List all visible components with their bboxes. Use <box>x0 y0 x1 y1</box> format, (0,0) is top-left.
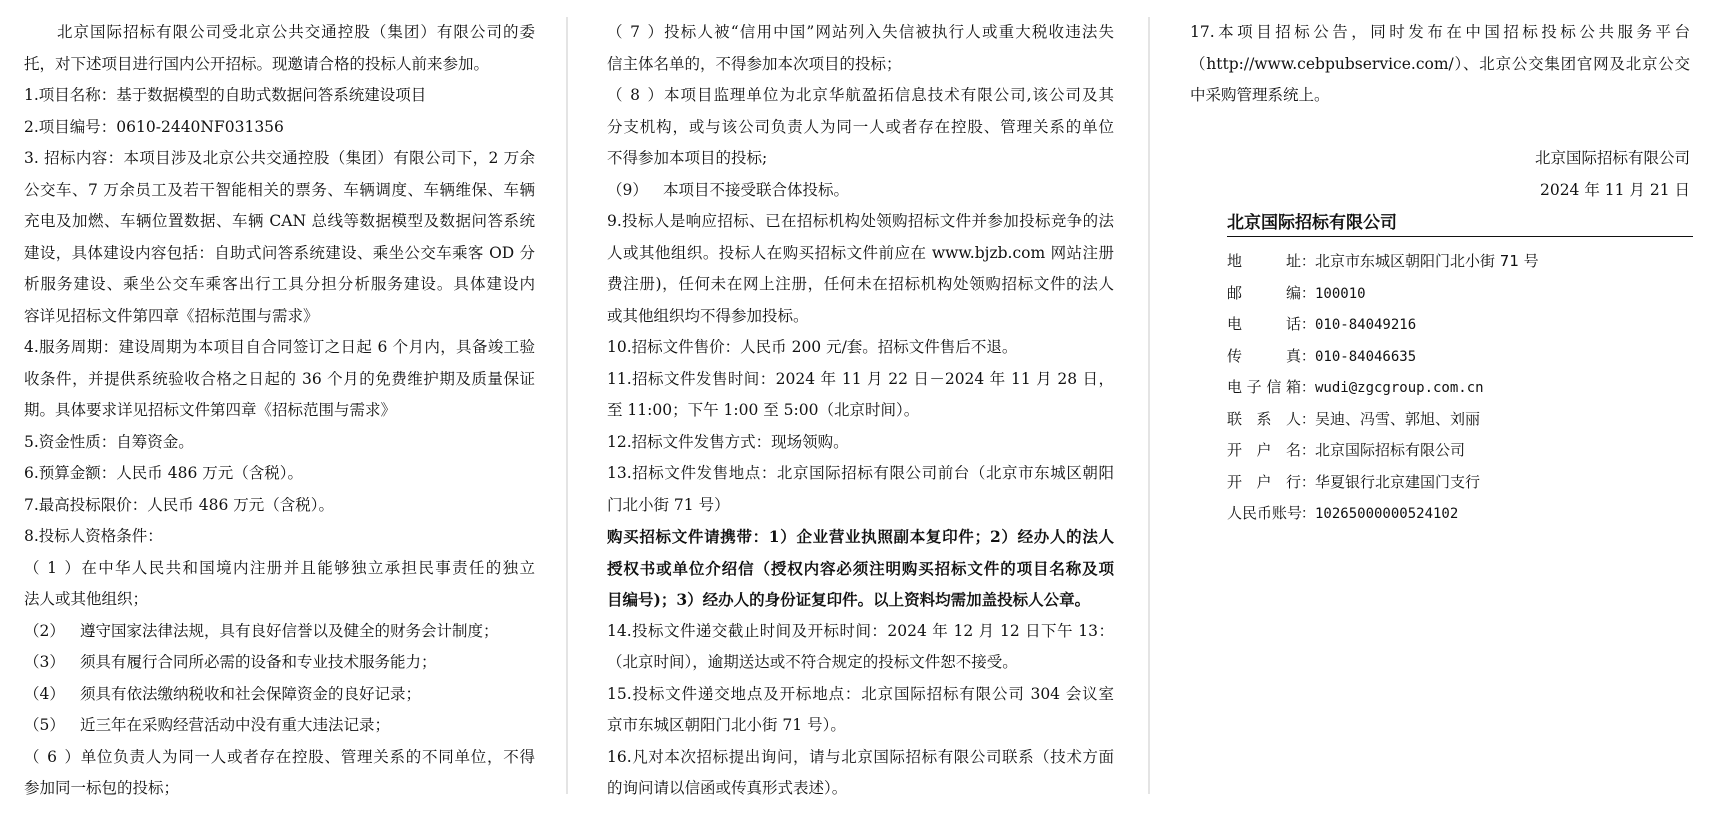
intro-line: 托，对下述项目进行国内公开招标。现邀请合格的投标人前来参加。 <box>24 49 535 81</box>
item-tender-content: 析服务建设、乘坐公交车乘客出行工具分担分析服务建设。具体建设内 <box>24 269 535 301</box>
item-service-period: 4.服务周期：建设周期为本项目自合同签订之日起 6 个月内，具备竣工验 <box>24 332 535 364</box>
contact-account-name: 开户名：北京国际招标有限公司 <box>1227 435 1687 467</box>
bring-notice: 目编号)；3）经办人的身份证复印件。以上资料均需加盖投标人公章。 <box>607 584 1114 616</box>
qualification-1-cont: 法人或其他组织； <box>24 584 535 616</box>
item-publication: 中采购管理系统上。 <box>1190 80 1690 112</box>
signature-date: 2024 年 11 月 21 日 <box>1190 175 1690 207</box>
bring-notice: 授权书或单位介绍信（授权内容必须注明购买招标文件的项目名称及项 <box>607 553 1114 585</box>
item-sale-time: 11.招标文件发售时间：2024 年 11 月 22 日－2024 年 11 月… <box>607 364 1114 396</box>
item-bidder-definition: 9.投标人是响应招标、已在招标机构处领购招标文件并参加投标竞争的法 <box>607 206 1114 238</box>
item-bidder-definition: 费注册)，任何未在网上注册，任何未在招标机构处领购招标文件的法人 <box>607 269 1114 301</box>
item-submission-deadline: （北京时间），逾期送达或不符合规定的投标文件恕不接受。 <box>607 647 1114 679</box>
qualification-8: （8）本项目监理单位为北京华航盈拓信息技术有限公司,该公司及其 <box>607 80 1114 112</box>
contact-fax: 传真：010-84046635 <box>1227 341 1687 373</box>
contact-bank: 开户行：华夏银行北京建国门支行 <box>1227 467 1687 499</box>
item-publication: 17.本项目招标公告，同时发布在中国招标投标公共服务平台 <box>1190 17 1690 49</box>
item-sale-location: 门北小街 71 号） <box>607 490 1114 522</box>
qualification-4: （4）须具有依法缴纳税收和社会保障资金的良好记录； <box>24 679 535 711</box>
qualification-8-cont: 分支机构，或与该公司负责人为同一人或者存在控股、管理关系的单位 <box>607 112 1114 144</box>
item-inquiry: 的询问请以信函或传真形式表述）。 <box>607 773 1114 805</box>
qualification-7: （7）投标人被“信用中国”网站列入失信被执行人或重大税收违法失 <box>607 17 1114 49</box>
signature-company: 北京国际招标有限公司 <box>1190 143 1690 175</box>
item-sale-location: 13.招标文件发售地点：北京国际招标有限公司前台（北京市东城区朝阳 <box>607 458 1114 490</box>
item-qualifications-heading: 8.投标人资格条件： <box>24 521 535 553</box>
contact-phone: 电话：010-84049216 <box>1227 309 1687 341</box>
item-inquiry: 16.凡对本次招标提出询问，请与北京国际招标有限公司联系（技术方面 <box>607 742 1114 774</box>
qualification-9: （9）本项目不接受联合体投标。 <box>607 175 1114 207</box>
spacer <box>1190 112 1690 144</box>
item-project-name: 1.项目名称：基于数据模型的自助式数据问答系统建设项目 <box>24 80 535 112</box>
item-service-period: 收条件，并提供系统验收合格之日起的 36 个月的免费维护期及质量保证 <box>24 364 535 396</box>
item-max-price: 7.最高投标限价：人民币 486 万元（含税）。 <box>24 490 535 522</box>
item-bidder-definition: 人或其他组织。投标人在购买招标文件前应在 www.bjzb.com 网站注册(免 <box>607 238 1114 270</box>
item-fund-nature: 5.资金性质：自筹资金。 <box>24 427 535 459</box>
item-tender-content: 公交车、7 万余员工及若干智能相关的票务、车辆调度、车辆维保、车辆 <box>24 175 535 207</box>
item-submission-deadline: 14.投标文件递交截止时间及开标时间：2024 年 12 月 12 日下午 13… <box>607 616 1114 648</box>
contact-company-heading: 北京国际招标有限公司 <box>1227 212 1693 237</box>
qualification-2: （2）遵守国家法律法规，具有良好信誉以及健全的财务会计制度； <box>24 616 535 648</box>
intro-line: 北京国际招标有限公司受北京公共交通控股（集团）有限公司的委 <box>24 17 535 49</box>
item-document-price: 10.招标文件售价：人民币 200 元/套。招标文件售后不退。 <box>607 332 1114 364</box>
contact-email: 电子信箱：wudi@zgcgroup.com.cn <box>1227 372 1687 404</box>
item-submission-location: 15.投标文件递交地点及开标地点：北京国际招标有限公司 304 会议室（北 <box>607 679 1114 711</box>
column-3: 17.本项目招标公告，同时发布在中国招标投标公共服务平台 （http://www… <box>1190 17 1690 206</box>
item-submission-location: 京市东城区朝阳门北小街 71 号）。 <box>607 710 1114 742</box>
item-sale-time: 至 11:00；下午 1:00 至 5:00（北京时间）。 <box>607 395 1114 427</box>
qualification-6-cont: 参加同一标包的投标； <box>24 773 535 805</box>
item-tender-content: 充电及加燃、车辆位置数据、车辆 CAN 总线等数据模型及数据问答系统 <box>24 206 535 238</box>
contact-postcode: 邮编：100010 <box>1227 278 1687 310</box>
qualification-5: （5）近三年在采购经营活动中没有重大违法记录； <box>24 710 535 742</box>
bring-notice: 购买招标文件请携带：1）企业营业执照副本复印件；2）经办人的法人 <box>607 521 1114 553</box>
item-bidder-definition: 或其他组织均不得参加投标。 <box>607 301 1114 333</box>
column-2: （7）投标人被“信用中国”网站列入失信被执行人或重大税收违法失 信主体名单的，不… <box>607 17 1114 805</box>
contact-info: 地址：北京市东城区朝阳门北小街 71 号 邮编：100010 电话：010-84… <box>1227 246 1687 530</box>
column-divider-1 <box>566 17 568 794</box>
qualification-3: （3）须具有履行合同所必需的设备和专业技术服务能力； <box>24 647 535 679</box>
contact-address: 地址：北京市东城区朝阳门北小街 71 号 <box>1227 246 1687 278</box>
item-service-period: 期。具体要求详见招标文件第四章《招标范围与需求》 <box>24 395 535 427</box>
qualification-7-cont: 信主体名单的，不得参加本次项目的投标； <box>607 49 1114 81</box>
qualification-8-cont: 不得参加本项目的投标; <box>607 143 1114 175</box>
contact-account-number: 人民币账号：10265000000524102 <box>1227 498 1687 530</box>
qualification-1: （1）在中华人民共和国境内注册并且能够独立承担民事责任的独立 <box>24 553 535 585</box>
item-sale-method: 12.招标文件发售方式：现场领购。 <box>607 427 1114 459</box>
item-tender-content: 3. 招标内容：本项目涉及北京公共交通控股（集团）有限公司下，2 万余 <box>24 143 535 175</box>
item-publication: （http://www.cebpubservice.com/）、北京公交集团官网… <box>1190 49 1690 81</box>
item-tender-content: 容详见招标文件第四章《招标范围与需求》 <box>24 301 535 333</box>
contact-persons: 联系人：吴迪、冯雪、郭旭、刘丽 <box>1227 404 1687 436</box>
qualification-6: （6）单位负责人为同一人或者存在控股、管理关系的不同单位，不得 <box>24 742 535 774</box>
item-tender-content: 建设，具体建设内容包括：自助式问答系统建设、乘坐公交车乘客 OD 分 <box>24 238 535 270</box>
item-budget: 6.预算金额：人民币 486 万元（含税）。 <box>24 458 535 490</box>
column-divider-2 <box>1148 17 1150 794</box>
item-project-number: 2.项目编号：0610-2440NF031356 <box>24 112 535 144</box>
column-1: 北京国际招标有限公司受北京公共交通控股（集团）有限公司的委 托，对下述项目进行国… <box>24 17 535 805</box>
